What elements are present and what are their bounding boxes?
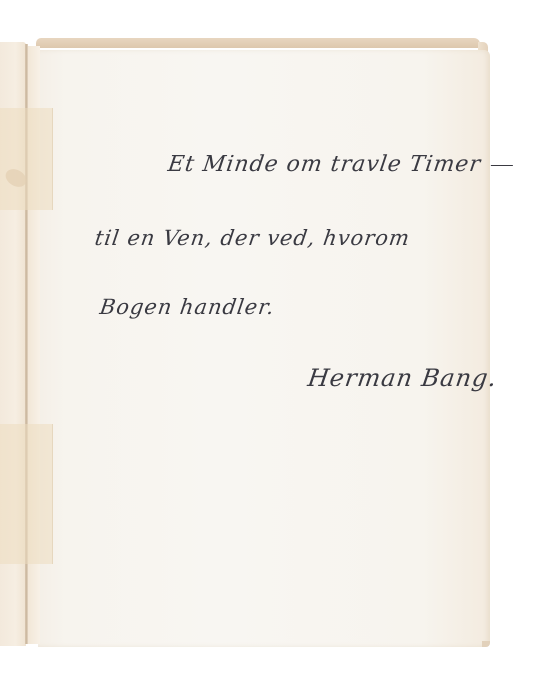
page-corner bbox=[482, 641, 490, 647]
inscription-line-2: til en Ven, der ved, hvorom bbox=[93, 226, 411, 250]
inscription-line-3: Bogen handler. bbox=[98, 295, 276, 319]
inscription-line-1-text: Et Minde om travle Timer bbox=[166, 152, 482, 177]
signature: Herman Bang. bbox=[306, 364, 499, 392]
inscription-line-1: Et Minde om travle Timer bbox=[166, 152, 514, 177]
page-stack-top-edge bbox=[36, 38, 480, 48]
tape-repair-top bbox=[0, 108, 53, 210]
tape-repair-bottom bbox=[0, 424, 53, 564]
recto-page bbox=[38, 50, 490, 647]
line-end-dash bbox=[491, 165, 513, 166]
